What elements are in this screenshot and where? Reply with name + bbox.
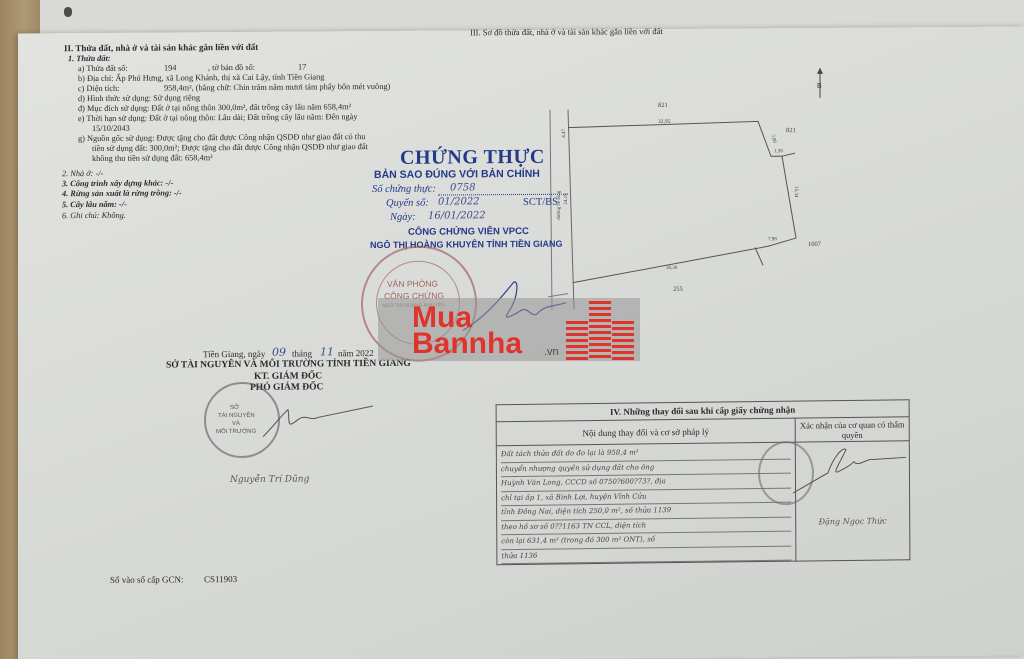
- issuing-agency: SỞ TÀI NGUYÊN VÀ MÔI TRƯỜNG TỈNH TIỀN GI…: [166, 359, 411, 371]
- parcel-diagram: 821 821 1007 255 32,95 7,86 1,58 15,34 7…: [538, 68, 828, 330]
- edge-small: 1,58: [774, 149, 783, 154]
- agency-seal-line-2: TÀI NGUYÊN: [218, 413, 255, 419]
- confirmation-signer: Đặng Ngọc Thức: [800, 516, 905, 560]
- note-line: thửa 1136: [501, 546, 791, 564]
- origin-line-2: tiền sử dụng đất: 300,0m²; Được tặng cho…: [92, 142, 368, 154]
- edge-bottom: 30,30: [666, 266, 678, 271]
- agency-seal-line-3: VÀ: [232, 421, 240, 427]
- watermark-line-2: Bannha: [412, 330, 522, 357]
- cert-date-value: 16/01/2022: [428, 210, 486, 221]
- parcel-number-label: a) Thửa đất số:: [78, 64, 128, 74]
- cert-number-label: Số chứng thực:: [372, 184, 436, 195]
- area-label: c) Diện tích:: [78, 84, 119, 94]
- land-title: 1. Thửa đất:: [68, 54, 111, 64]
- map-sheet-label: , tờ bản đồ số:: [208, 63, 255, 73]
- notary-office: CÔNG CHỨNG VIÊN VPCC: [408, 226, 529, 238]
- building-logo-icon: [566, 298, 636, 361]
- confirmation-signature: [788, 437, 908, 498]
- director-name: Nguyễn Trí Dũng: [230, 474, 309, 485]
- neighbor-1007: 1007: [808, 241, 822, 248]
- edge-bottom-right: 7,98: [768, 237, 777, 242]
- item-forest: 4. Rừng sản xuất là rừng trồng: -/-: [62, 188, 182, 199]
- item-note: 6. Ghi chú: Không.: [62, 211, 126, 221]
- seal-text-1: VĂN PHÒNG: [387, 279, 438, 289]
- registry-label: Số vào sổ cấp GCN:: [110, 574, 184, 585]
- signing-place: Tiền Giang, ngày: [203, 349, 265, 359]
- signing-day: 09: [272, 346, 286, 359]
- north-arrow-icon: B: [817, 83, 822, 90]
- edge-top: 32,95: [658, 119, 671, 125]
- section3-heading: III. Sơ đồ thửa đất, nhà ở và tài sản kh…: [470, 26, 663, 37]
- origin-line-3: không thu tiền sử dụng đất: 658,4m²: [92, 153, 213, 164]
- agency-seal-line-1: SỞ: [230, 405, 239, 411]
- section2-heading: II. Thửa đất, nhà ở và tài sản khác gắn …: [64, 42, 258, 53]
- area-value: 958,4m², (bằng chữ: Chín trăm năm mươi t…: [164, 82, 390, 94]
- handwritten-note: Đất tách thửa đất do đo lại là 958,4 m² …: [501, 445, 792, 565]
- book-number-value: 01/2022: [438, 196, 480, 207]
- book-suffix: SCT/BS: [523, 197, 558, 208]
- usage-term-date: 15/10/2043: [92, 124, 130, 134]
- item-house: 2. Nhà ở: -/-: [62, 169, 103, 179]
- signing-year: năm 2022: [338, 348, 374, 358]
- usage-term: e) Thời hạn sử dụng: Đất ở tại nông thôn…: [78, 112, 357, 124]
- watermark-suffix: .vn: [544, 346, 559, 358]
- signing-month: 11: [320, 345, 334, 358]
- item-perennial: 5. Cây lâu năm: -/-: [62, 200, 127, 210]
- neighbor-821-right: 821: [786, 127, 796, 134]
- neighbor-821-top: 821: [658, 102, 668, 109]
- agency-seal-line-4: MÔI TRƯỜNG: [216, 429, 256, 435]
- changes-col-content: Nội dung thay đổi và cơ sở pháp lý: [496, 418, 795, 446]
- signer-role-1: KT. GIÁM ĐỐC: [254, 371, 322, 381]
- changes-content-cell: Đất tách thửa đất do đo lại là 958,4 m² …: [496, 442, 796, 565]
- book-number-label: Quyển số:: [386, 198, 429, 209]
- map-sheet-number: 17: [298, 62, 306, 72]
- neighbor-255: 255: [673, 286, 683, 293]
- watermark-banner: Mua Bannha .vn: [378, 298, 640, 361]
- binder-hole: [64, 7, 72, 17]
- cert-date-label: Ngày:: [390, 212, 416, 223]
- edge-left-top: 4,47: [562, 128, 567, 137]
- certification-subtitle: BẢN SAO ĐÚNG VỚI BẢN CHÍNH: [374, 168, 540, 181]
- certification-title: CHỨNG THỰC: [400, 146, 545, 170]
- edge-notch: 7,86: [769, 134, 777, 144]
- parcel-number: 194: [164, 63, 176, 73]
- cert-number-value: 0758: [450, 182, 475, 193]
- director-signature: [258, 401, 378, 442]
- registry-number: CS11903: [204, 574, 237, 584]
- signing-month-label: tháng: [292, 348, 312, 358]
- edge-right: 15,34: [793, 186, 798, 198]
